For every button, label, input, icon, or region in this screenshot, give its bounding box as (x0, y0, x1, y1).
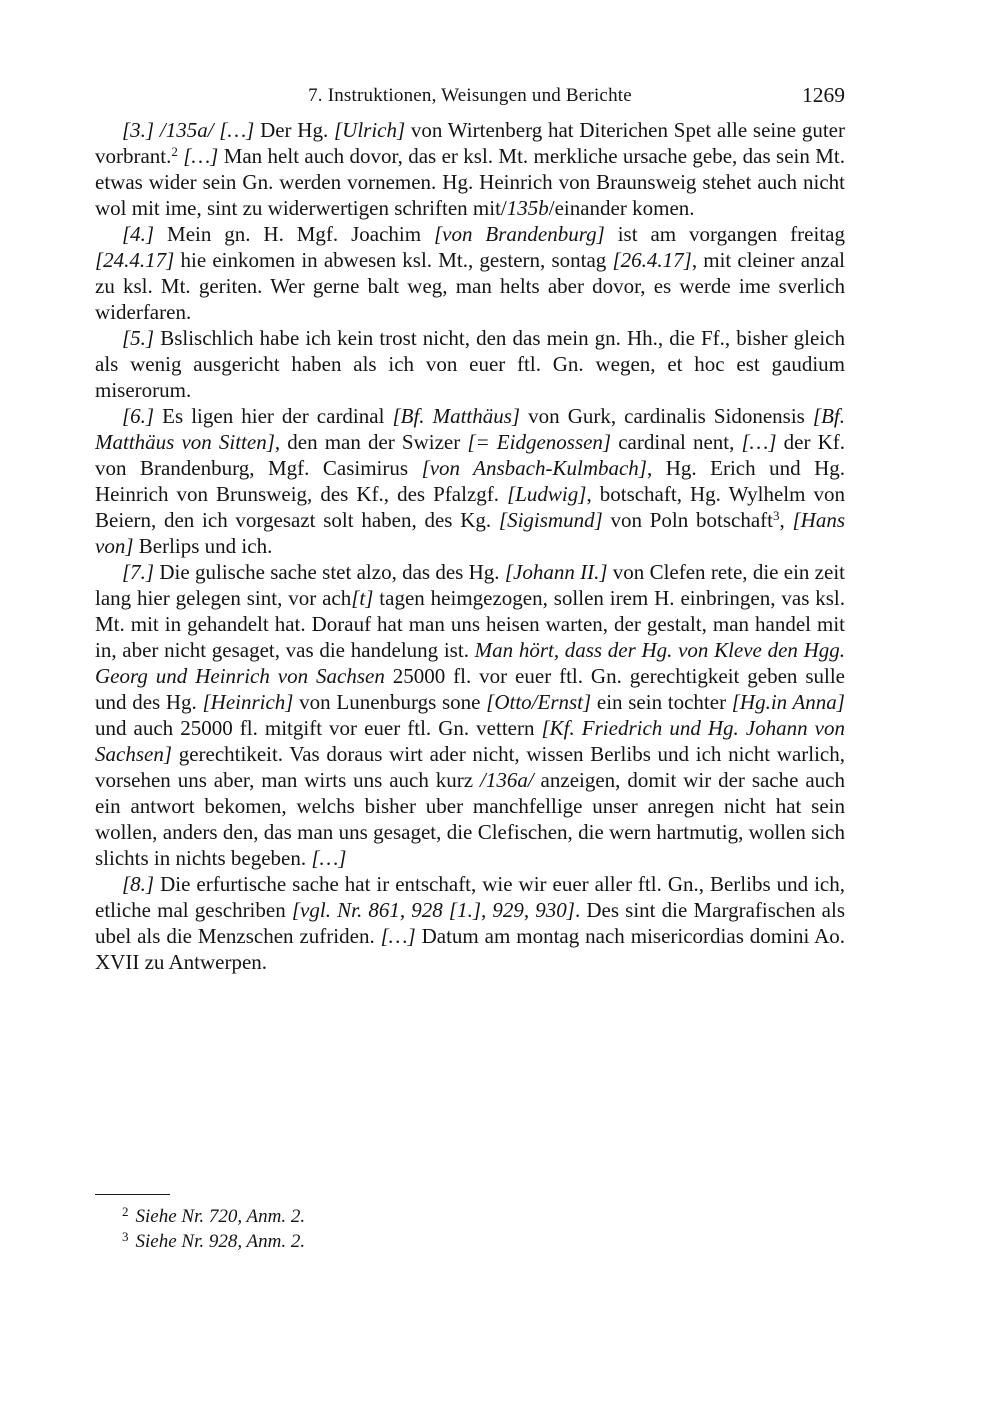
editorial-insertion: [von Brandenburg] (434, 222, 605, 246)
text-run: ein sein tochter (591, 690, 732, 714)
text-run: von Lunenburgs sone (293, 690, 486, 714)
paragraph: [7.] Die gulische sache stet alzo, das d… (95, 559, 845, 871)
paragraph: [3.] /135a/ […] Der Hg. [Ulrich] von Wir… (95, 117, 845, 221)
text-run: /einander komen. (549, 196, 695, 220)
text-run: , (779, 508, 792, 532)
page-number: 1269 (802, 83, 845, 107)
text-run: von Gurk, cardinalis Sidonensis (520, 404, 813, 428)
body-paragraphs: [3.] /135a/ […] Der Hg. [Ulrich] von Wir… (95, 117, 845, 975)
editorial-insertion: [5.] (122, 326, 154, 350)
editorial-insertion: [26.4.17] (612, 248, 691, 272)
running-head: 7. Instruktionen, Weisungen und Berichte… (95, 84, 845, 110)
footnote-separator-rule (95, 1194, 170, 1195)
text-run: ist am vorgangen freitag (605, 222, 845, 246)
text-run: Berlips und ich. (134, 534, 273, 558)
footnote-number: 2 (122, 1204, 129, 1219)
text-run: von Poln botschaft (603, 508, 773, 532)
editorial-insertion: 135b (507, 196, 549, 220)
editorial-insertion: [Johann II.] (505, 560, 608, 584)
text-run: Mein gn. H. Mgf. Joachim (154, 222, 434, 246)
footnote-list: 2Siehe Nr. 720, Anm. 2.3Siehe Nr. 928, A… (95, 1204, 845, 1254)
editorial-insertion: [4.] (122, 222, 154, 246)
footnote-number: 3 (122, 1229, 129, 1244)
footnote-text: Siehe Nr. 928, Anm. 2. (136, 1231, 306, 1252)
footnote: 3Siehe Nr. 928, Anm. 2. (95, 1229, 845, 1254)
text-run: hie einkomen in abwesen ksl. Mt., gester… (174, 248, 612, 272)
paragraph: [4.] Mein gn. H. Mgf. Joachim [von Brand… (95, 221, 845, 325)
editorial-insertion: [vgl. Nr. 861, 928 [1.], 929, 930] (292, 898, 575, 922)
book-page: 7. Instruktionen, Weisungen und Berichte… (0, 0, 1004, 1418)
footnote-block: 2Siehe Nr. 720, Anm. 2.3Siehe Nr. 928, A… (95, 1194, 845, 1254)
editorial-insertion: /136a/ (480, 768, 534, 792)
editorial-insertion: […] (311, 846, 346, 870)
editorial-insertion: [7.] (122, 560, 154, 584)
footnote: 2Siehe Nr. 720, Anm. 2. (95, 1204, 845, 1229)
editorial-insertion: [6.] (122, 404, 154, 428)
editorial-insertion: [24.4.17] (95, 248, 174, 272)
editorial-insertion: [Heinrich] (202, 690, 293, 714)
editorial-insertion: [3.] /135a/ […] (122, 118, 260, 142)
text-run: , den man der Swizer (275, 430, 467, 454)
editorial-insertion: [Bf. Matthäus] (392, 404, 520, 428)
editorial-insertion: [Hg.in Anna] (732, 690, 845, 714)
text-run: Es ligen hier der cardinal (154, 404, 392, 428)
editorial-insertion: [8.] (122, 872, 154, 896)
text-run: cardinal nent, (611, 430, 741, 454)
paragraph: [5.] Bslischlich habe ich kein trost nic… (95, 325, 845, 403)
editorial-insertion: […] (381, 924, 416, 948)
text-run: Der Hg. (260, 118, 334, 142)
editorial-insertion: [Sigismund] (499, 508, 603, 532)
text-run: und auch 25000 fl. mitgift vor euer ftl.… (95, 716, 542, 740)
paragraph: [6.] Es ligen hier der cardinal [Bf. Mat… (95, 403, 845, 559)
editorial-insertion: […] (178, 144, 218, 168)
text-run: Die gulische sache stet alzo, das des Hg… (154, 560, 505, 584)
editorial-insertion: […] (742, 430, 777, 454)
paragraph: [8.] Die erfurtische sache hat ir entsch… (95, 871, 845, 975)
editorial-insertion: [Ulrich] (334, 118, 405, 142)
editorial-insertion: [Ludwig] (507, 482, 586, 506)
text-run: Bslischlich habe ich kein trost nicht, d… (95, 326, 845, 402)
running-title: 7. Instruktionen, Weisungen und Berichte (95, 84, 845, 108)
editorial-insertion: [von Ansbach-Kulmbach] (422, 456, 647, 480)
footnote-text: Siehe Nr. 720, Anm. 2. (136, 1206, 306, 1227)
editorial-insertion: [Otto/Ernst] (486, 690, 591, 714)
editorial-insertion: [= Eidgenossen] (467, 430, 611, 454)
editorial-insertion: [t] (351, 586, 373, 610)
